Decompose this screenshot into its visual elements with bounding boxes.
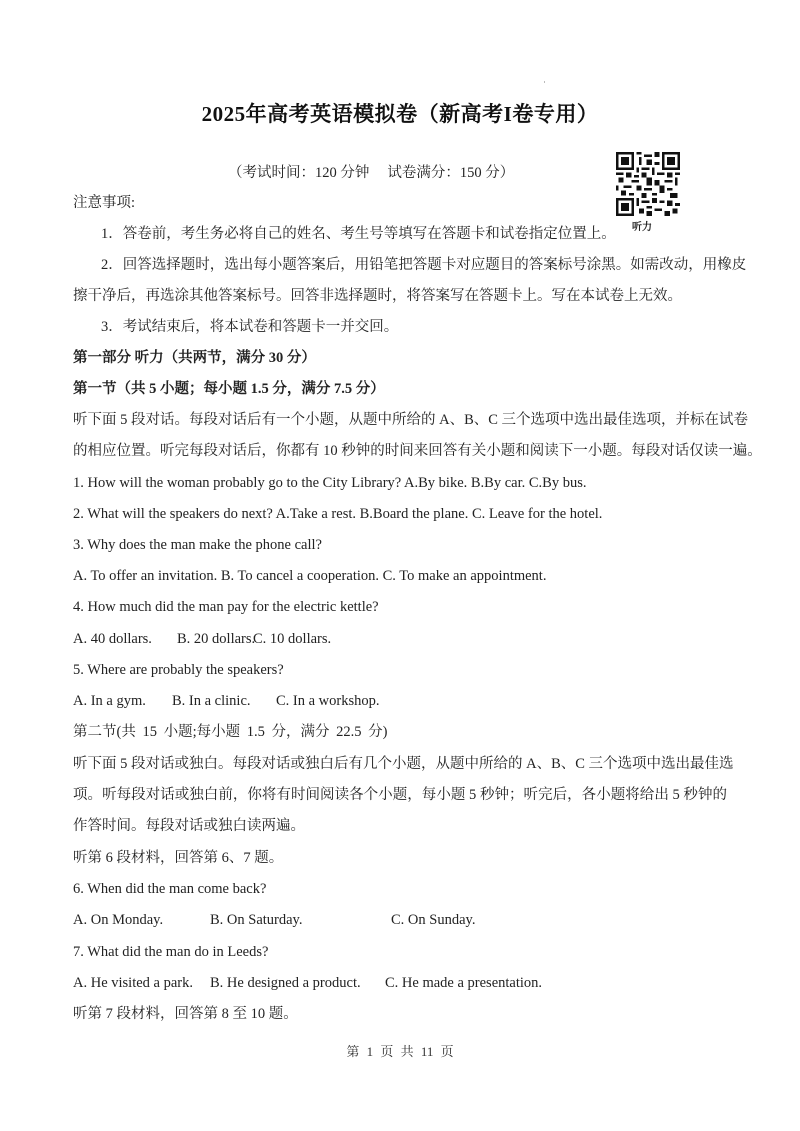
option-c: C. On Sunday. <box>391 910 475 930</box>
exam-info: （考试时间：120 分钟试卷满分：150 分） <box>228 161 514 182</box>
question-1: 1. How will the woman probably go to the… <box>73 473 587 493</box>
question-4-options: A. 40 dollars.B. 20 dollars.C. 10 dollar… <box>73 629 331 649</box>
question-4: 4. How much did the man pay for the elec… <box>73 597 379 617</box>
option-c: C. He made a presentation. <box>385 973 542 993</box>
notes-heading: 注意事项: <box>73 193 135 213</box>
option-a: A. 40 dollars. <box>73 629 177 649</box>
question-5: 5. Where are probably the speakers? <box>73 660 284 680</box>
exam-page: 2025年高考英语模拟卷（新高考I卷专用） （考试时间：120 分钟试卷满分：1… <box>0 0 800 1131</box>
section2-heading: 第二节(共 15 小题;每小题 1.5 分，满分 22.5 分) <box>73 722 387 742</box>
section1-instructions-line-2: 的相应位置。听完每段对话后，你都有 10 秒钟的时间来回答有关小题和阅读下一小题… <box>73 441 727 461</box>
section2-instructions-line-2: 项。听每段对话或独白前，你将有时间阅读各个小题，每小题 5 秒钟；听完后，各小题… <box>73 785 727 805</box>
exam-title: 2025年高考英语模拟卷（新高考I卷专用） <box>0 98 800 128</box>
part1-heading: 第一部分 听力（共两节，满分 30 分） <box>73 348 316 368</box>
option-a: A. He visited a park. <box>73 973 210 993</box>
question-3-options: A. To offer an invitation. B. To cancel … <box>73 566 546 586</box>
note-2-line-2: 擦干净后，再选涂其他答案标号。回答非选择题时，将答案写在答题卡上。写在本试卷上无… <box>73 286 682 306</box>
question-6-options: A. On Monday.B. On Saturday.C. On Sunday… <box>73 910 475 930</box>
option-c: C. In a workshop. <box>276 691 380 711</box>
note-2-line-1: 2．回答选择题时，选出每小题答案后，用铅笔把答题卡对应题目的答案标号涂黑。如需改… <box>101 255 727 275</box>
material-7-intro: 听第 7 段材料，回答第 8 至 10 题。 <box>73 1004 298 1024</box>
section2-instructions-line-3: 作答时间。每段对话或独白读两遍。 <box>73 816 305 836</box>
exam-score: 试卷满分：150 分） <box>387 165 514 181</box>
scan-artifact <box>544 81 545 83</box>
option-a: A. On Monday. <box>73 910 210 930</box>
question-7: 7. What did the man do in Leeds? <box>73 942 268 962</box>
option-c: C. 10 dollars. <box>253 629 331 649</box>
qr-code-icon <box>614 152 682 216</box>
section2-instructions-line-1: 听下面 5 段对话或独白。每段对话或独白后有几个小题，从题中所给的 A、B、C … <box>73 754 727 774</box>
question-2: 2. What will the speakers do next? A.Tak… <box>73 504 602 524</box>
option-b: B. In a clinic. <box>172 691 276 711</box>
section1-instructions-line-1: 听下面 5 段对话。每段对话后有一个小题，从题中所给的 A、B、C 三个选项中选… <box>73 410 727 430</box>
exam-time: （考试时间：120 分钟 <box>228 165 369 181</box>
question-5-options: A. In a gym.B. In a clinic.C. In a works… <box>73 691 380 711</box>
option-b: B. On Saturday. <box>210 910 391 930</box>
option-a: A. In a gym. <box>73 691 172 711</box>
note-3: 3．考试结束后，将本试卷和答题卡一并交回。 <box>101 317 398 337</box>
question-6: 6. When did the man come back? <box>73 879 266 899</box>
material-6-intro: 听第 6 段材料，回答第 6、7 题。 <box>73 848 283 868</box>
page-footer: 第 1 页 共 11 页 <box>0 1041 800 1060</box>
note-1: 1．答卷前，考生务必将自己的姓名、考生号等填写在答题卡和试卷指定位置上。 <box>101 224 616 244</box>
question-3: 3. Why does the man make the phone call? <box>73 535 322 555</box>
option-b: B. 20 dollars. <box>177 629 253 649</box>
question-7-options: A. He visited a park.B. He designed a pr… <box>73 973 542 993</box>
qr-label: 听力 <box>632 218 652 233</box>
section1-heading: 第一节（共 5 小题；每小题 1.5 分，满分 7.5 分） <box>73 379 385 399</box>
option-b: B. He designed a product. <box>210 973 385 993</box>
